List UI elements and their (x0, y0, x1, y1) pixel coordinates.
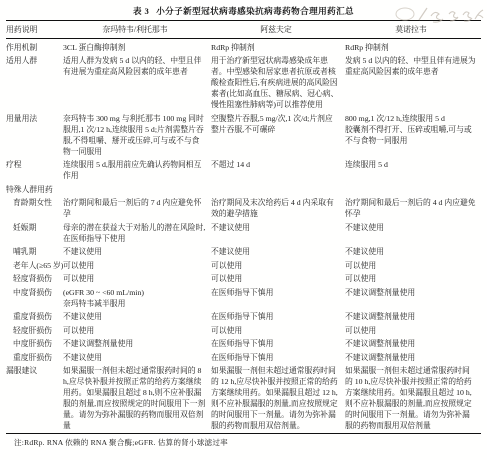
table-cell: 不建议调整剂量使用 (63, 337, 211, 351)
table-cell: 连续服用 5 d (345, 158, 481, 183)
table-row: 老年人(≥65 岁)可以使用可以使用可以使用 (6, 259, 481, 273)
table-cell: 3CL 蛋白酶抑制剂 (63, 39, 211, 55)
table-cell: 不建议使用 (211, 221, 345, 246)
row-label: 轻度肝损伤 (6, 324, 63, 338)
table-cell (345, 183, 481, 197)
header-usage-notes: 用药说明 (6, 21, 63, 39)
table-cell: 可以使用 (63, 272, 211, 286)
table-cell: 可以使用 (211, 259, 345, 273)
row-label: 疗程 (6, 158, 63, 183)
table-cell: 在医师指导下慎用 (211, 286, 345, 311)
table-cell: 治疗期间和最后一剂后的 7 d 内应避免怀孕 (63, 196, 211, 221)
table-row: 适用人群适用人群为发病 5 d 以内的轻、中型且伴有进展为重症高风险因素的成年患… (6, 54, 481, 112)
header-drug-azvudine: 阿兹夫定 (211, 21, 345, 39)
table-cell: 不建议使用 (63, 310, 211, 324)
table-row: 重度肾损伤不建议使用在医师指导下慎用不建议调整剂量使用 (6, 310, 481, 324)
table-cell: 不建议使用 (63, 245, 211, 259)
table-cell: 不建议调整剂量使用 (345, 310, 481, 324)
table-cell: 不建议使用 (345, 221, 481, 246)
table-cell: 可以使用 (211, 272, 345, 286)
row-label: 用量用法 (6, 112, 63, 159)
table-title-text: 小分子新型冠状病毒感染抗病毒药物合理用药汇总 (156, 6, 354, 16)
table-row: 轻度肝损伤可以使用可以使用可以使用 (6, 324, 481, 338)
table-cell: 可以使用 (345, 324, 481, 338)
row-label: 妊娠期 (6, 221, 63, 246)
table-cell: 不建议调整剂量使用 (345, 337, 481, 351)
row-label: 特殊人群用药 (6, 183, 63, 197)
table-cell: 治疗期间及末次给药后 4 d 内采取有效的避孕措施 (211, 196, 345, 221)
table-cell: 不建议使用 (345, 245, 481, 259)
table-row: 疗程连续服用 5 d,服用前应先确认药物间相互作用不超过 14 d连续服用 5 … (6, 158, 481, 183)
table-cell: 不建议调整剂量使用 (345, 351, 481, 365)
row-label: 作用机制 (6, 39, 63, 55)
table-cell: RdRp 抑制剂 (211, 39, 345, 55)
document-page: 表 3小分子新型冠状病毒感染抗病毒药物合理用药汇总 用药说明 奈玛特韦/利托那韦… (0, 0, 487, 460)
table-number: 表 3 (133, 6, 149, 16)
table-row: 用量用法奈玛特韦 300 mg 与利托那韦 100 mg 同时服用,1 次/12… (6, 112, 481, 159)
table-cell: RdRp 抑制剂 (345, 39, 481, 55)
table-row: 中度肾损伤(eGFR 30 ~ <60 mL/min) 奈玛特韦减半服用在医师指… (6, 286, 481, 311)
table-cell: 可以使用 (345, 272, 481, 286)
row-label: 中度肝损伤 (6, 337, 63, 351)
table-row: 育龄期女性治疗期间和最后一剂后的 7 d 内应避免怀孕治疗期间及末次给药后 4 … (6, 196, 481, 221)
table-title: 表 3小分子新型冠状病毒感染抗病毒药物合理用药汇总 (6, 5, 481, 17)
table-cell: 不建议使用 (63, 351, 211, 365)
table-row: 轻度肾损伤可以使用可以使用可以使用 (6, 272, 481, 286)
row-label: 适用人群 (6, 54, 63, 112)
row-label: 重度肾损伤 (6, 310, 63, 324)
drug-comparison-table: 用药说明 奈玛特韦/利托那韦 阿兹夫定 莫诺拉韦 作用机制3CL 蛋白酶抑制剂R… (6, 20, 481, 434)
table-row: 特殊人群用药 (6, 183, 481, 197)
table-cell: 治疗期间和最后一剂后的 4 d 内应避免怀孕 (345, 196, 481, 221)
table-cell: 发病 5 d 以内的轻、中型且伴有进展为重症高风险因素的成年患者 (345, 54, 481, 112)
table-cell: 不建议调整剂量使用 (345, 286, 481, 311)
row-label: 中度肾损伤 (6, 286, 63, 311)
table-cell: 可以使用 (63, 259, 211, 273)
table-cell: 在医师指导下慎用 (211, 310, 345, 324)
header-row: 用药说明 奈玛特韦/利托那韦 阿兹夫定 莫诺拉韦 (6, 21, 481, 39)
row-label: 重度肝损伤 (6, 351, 63, 365)
table-cell: (eGFR 30 ~ <60 mL/min) 奈玛特韦减半服用 (63, 286, 211, 311)
row-label: 轻度肾损伤 (6, 272, 63, 286)
row-label: 哺乳期 (6, 245, 63, 259)
table-cell: 可以使用 (63, 324, 211, 338)
table-cell: 奈玛特韦 300 mg 与利托那韦 100 mg 同时服用,1 次/12 h,连… (63, 112, 211, 159)
table-cell: 在医师指导下慎用 (211, 337, 345, 351)
table-cell: 可以使用 (345, 259, 481, 273)
table-cell (63, 183, 211, 197)
row-label: 老年人(≥65 岁) (6, 259, 63, 273)
table-row: 作用机制3CL 蛋白酶抑制剂RdRp 抑制剂RdRp 抑制剂 (6, 39, 481, 55)
table-cell: 如果漏服一剂但未超过通常服药时间的 12 h,应尽快补服并按照正常的给药方案继续… (211, 364, 345, 433)
table-cell: 不超过 14 d (211, 158, 345, 183)
table-cell: 用于治疗新型冠状病毒感染成年患者。中型感染和居家患者抗原或者核酸检查阳性后,有疾… (211, 54, 345, 112)
table-cell: 在医师指导下慎用 (211, 351, 345, 365)
table-row: 重度肝损伤不建议使用在医师指导下慎用不建议调整剂量使用 (6, 351, 481, 365)
table-cell: 母亲的潜在获益大于对胎儿的潜在风险时,在医师指导下使用 (63, 221, 211, 246)
footnote: 注:RdRp. RNA 依赖的 RNA 聚合酶;eGFR. 估算的肾小球滤过率 (6, 434, 481, 448)
header-drug-molnupiravir: 莫诺拉韦 (345, 21, 481, 39)
row-label: 漏服建议 (6, 364, 63, 433)
table-body: 作用机制3CL 蛋白酶抑制剂RdRp 抑制剂RdRp 抑制剂适用人群适用人群为发… (6, 39, 481, 434)
table-cell: 可以使用 (211, 324, 345, 338)
table-cell: 不建议使用 (211, 245, 345, 259)
table-row: 妊娠期母亲的潜在获益大于对胎儿的潜在风险时,在医师指导下使用不建议使用不建议使用 (6, 221, 481, 246)
table-cell: 适用人群为发病 5 d 以内的轻、中型且伴有进展为重症高风险因素的成年患者 (63, 54, 211, 112)
header-drug-nirmatrelvir-ritonavir: 奈玛特韦/利托那韦 (63, 21, 211, 39)
table-cell (211, 183, 345, 197)
table-header: 用药说明 奈玛特韦/利托那韦 阿兹夫定 莫诺拉韦 (6, 21, 481, 39)
table-cell: 空腹整片吞服,5 mg/次,1 次/d;片剂应整片吞服,不可碾碎 (211, 112, 345, 159)
table-row: 中度肝损伤不建议调整剂量使用在医师指导下慎用不建议调整剂量使用 (6, 337, 481, 351)
table-cell: 连续服用 5 d,服用前应先确认药物间相互作用 (63, 158, 211, 183)
table-cell: 800 mg,1 次/12 h,连续服用 5 d 胶囊剂不得打开、压碎或咀嚼,可… (345, 112, 481, 159)
table-cell: 如果漏服一剂但未超过通常服药时间的 10 h,应尽快补服并按照正常的给药方案继续… (345, 364, 481, 433)
table-cell: 如果漏服一剂但未超过通常服药时间的 8 h,应尽快补服并按照正常的给药方案继续用… (63, 364, 211, 433)
table-row: 哺乳期不建议使用不建议使用不建议使用 (6, 245, 481, 259)
table-row: 漏服建议如果漏服一剂但未超过通常服药时间的 8 h,应尽快补服并按照正常的给药方… (6, 364, 481, 433)
row-label: 育龄期女性 (6, 196, 63, 221)
